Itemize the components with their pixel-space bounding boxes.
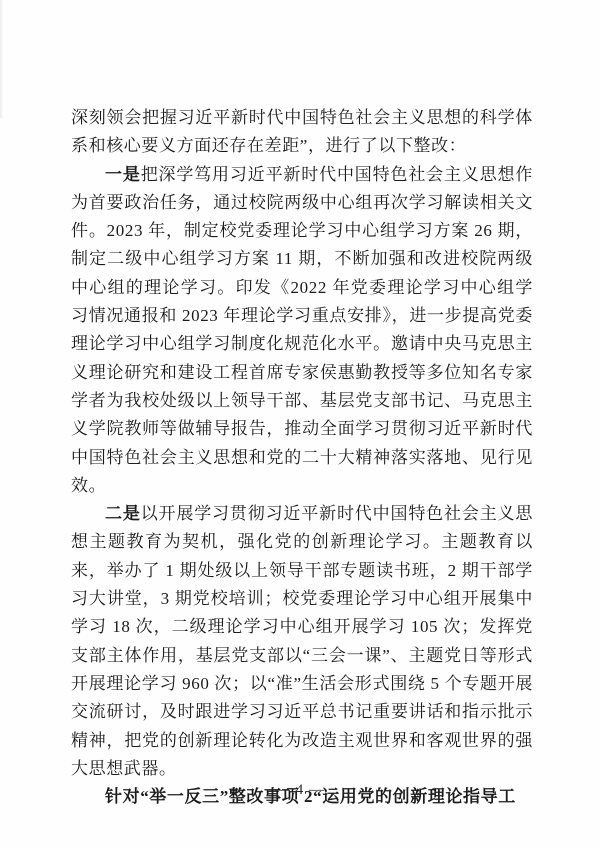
- paragraph: 深刻领会把握习近平新时代中国特色社会主义思想的科学体系和核心要义方面还存在差距”…: [71, 104, 533, 161]
- paragraph: 二是以开展学习贯彻习近平新时代中国特色社会主义思想主题教育为契机，强化党的创新理…: [71, 500, 533, 783]
- document-body: 深刻领会把握习近平新时代中国特色社会主义思想的科学体系和核心要义方面还存在差距”…: [71, 104, 533, 811]
- text-segment: 以开展学习贯彻习近平新时代中国特色社会主义思想主题教育为契机，强化党的创新理论学…: [71, 504, 533, 778]
- text-segment: 把深学笃用习近平新时代中国特色社会主义思想作为首要政治任务，通过校院两级中心组再…: [71, 165, 533, 495]
- emphasis-text-segment: 一是: [105, 165, 141, 184]
- document-page: 深刻领会把握习近平新时代中国特色社会主义思想的科学体系和核心要义方面还存在差距”…: [0, 0, 600, 848]
- paragraph: 一是把深学笃用习近平新时代中国特色社会主义思想作为首要政治任务，通过校院两级中心…: [71, 161, 533, 501]
- text-segment: 深刻领会把握习近平新时代中国特色社会主义思想的科学体系和核心要义方面还存在差距”…: [71, 108, 533, 155]
- emphasis-text-segment: 二是: [105, 504, 141, 523]
- page-number: — 4 —: [0, 782, 600, 799]
- scan-edge-artifact: [0, 0, 3, 118]
